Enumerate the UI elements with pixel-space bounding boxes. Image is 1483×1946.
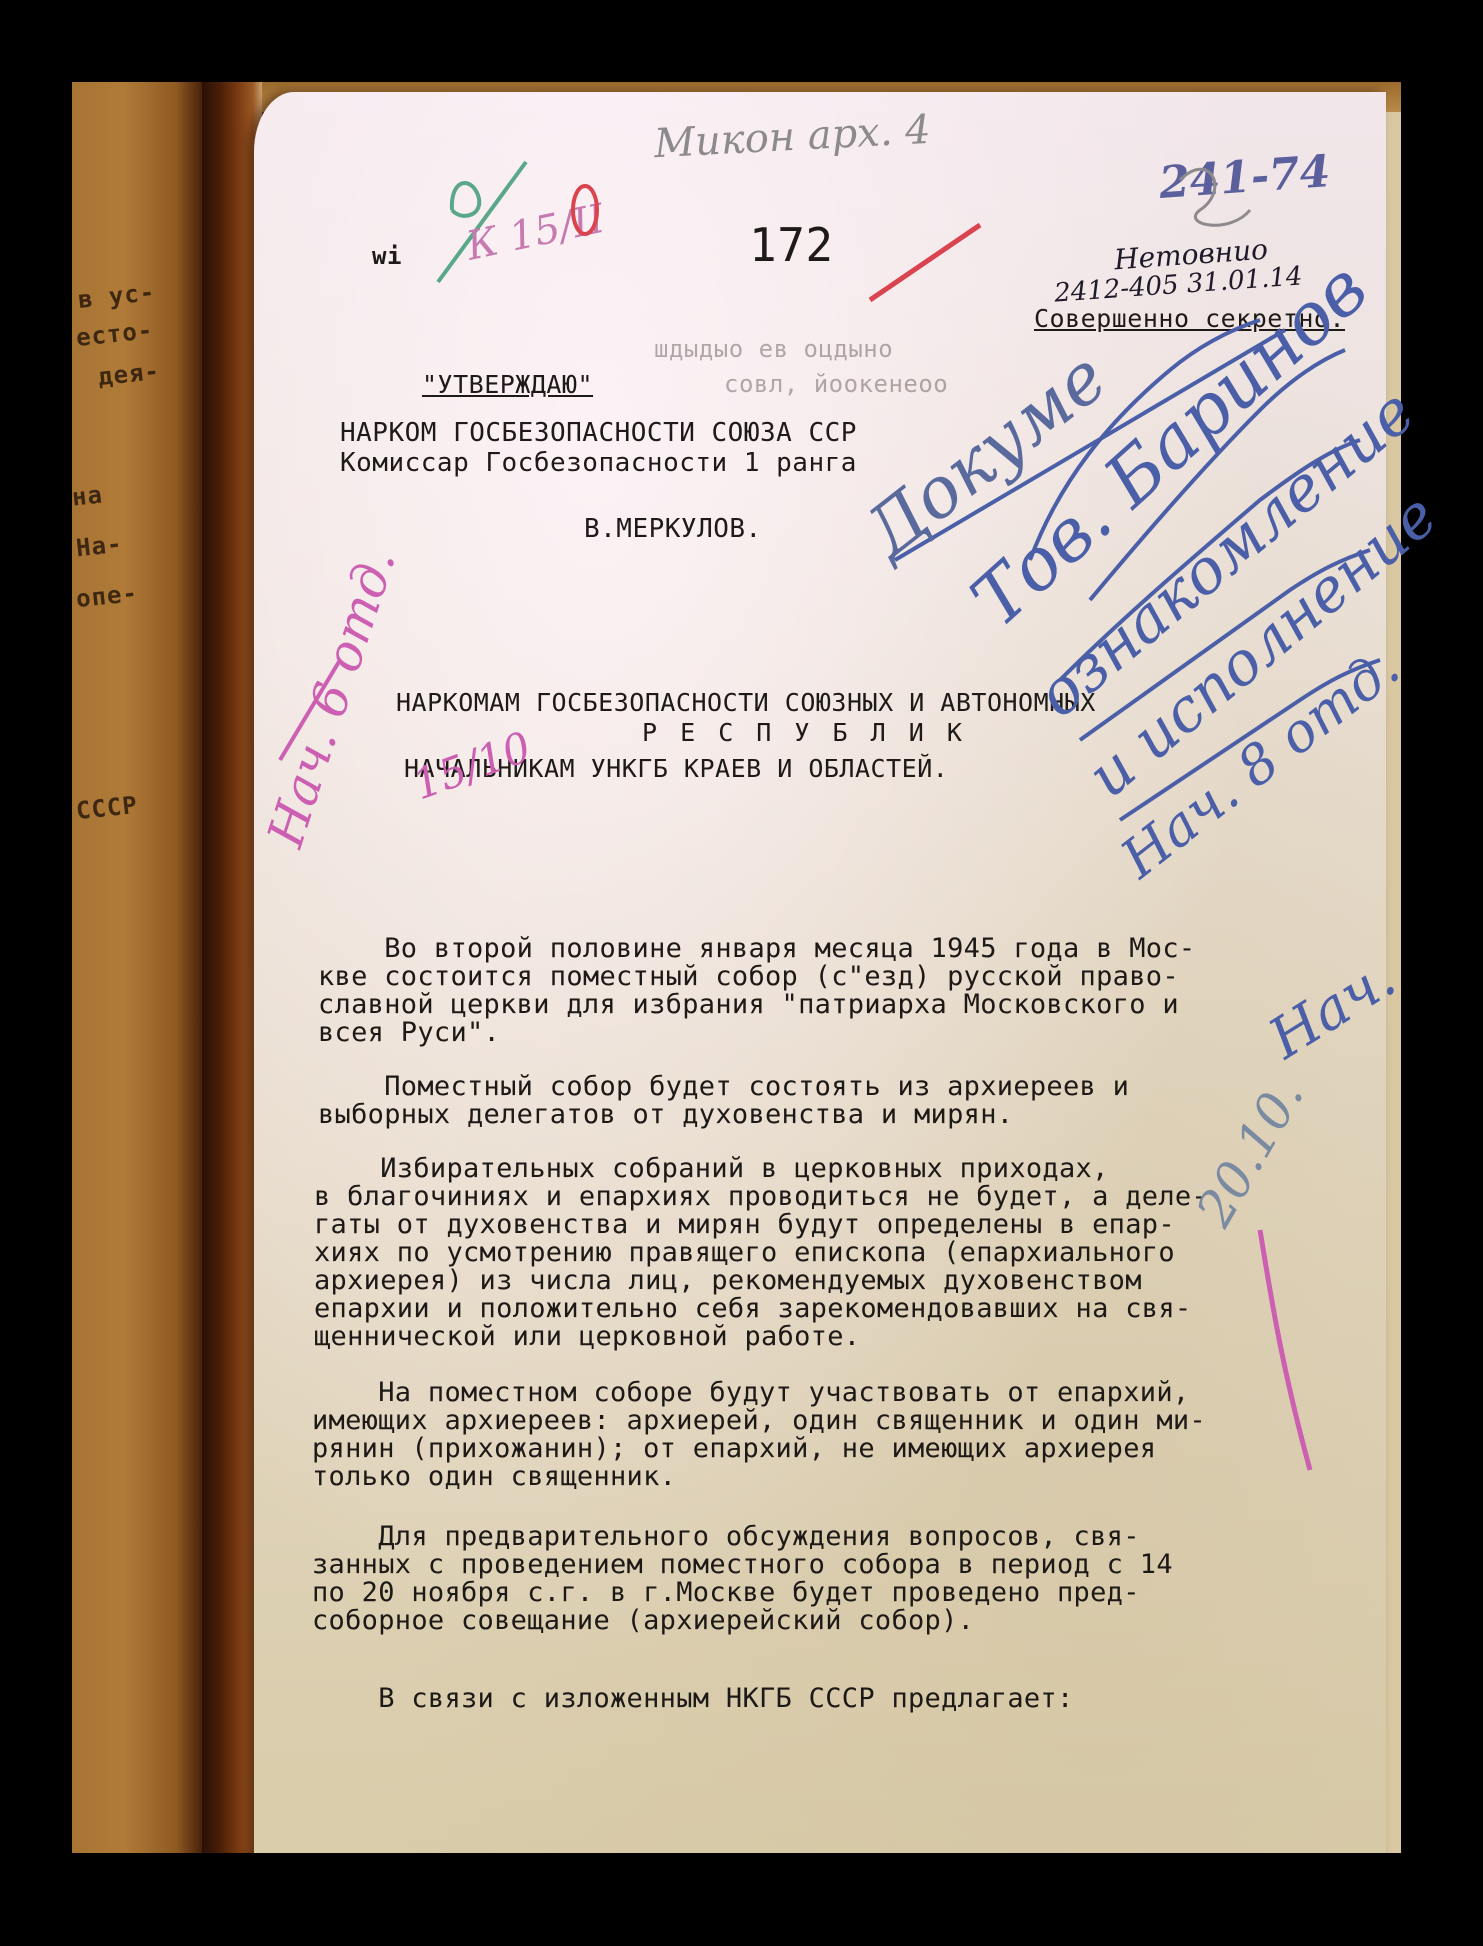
classification-label: Совершенно секретно. [1034,302,1345,336]
body-line: в благочиниях и епархиях проводиться не … [314,1182,1208,1212]
left-page-fragment: опе- [75,579,139,613]
body-line: хиях по усмотрению правящего епископа (е… [314,1238,1175,1268]
addressee-line3: НАЧАЛЬНИКАМ УНКГБ КРАЕВ И ОБЛАСТЕЙ. [404,754,948,784]
left-page-fragment: СССР [75,791,139,825]
body-line: имеющих архиереев: архиерей, один священ… [312,1406,1206,1436]
addressee-line1: НАРКОМАМ ГОСБЕЗОПАСНОСТИ СОЮЗНЫХ И АВТОН… [396,688,1096,718]
body-line: выборных делегатов от духовенства и миря… [318,1100,1013,1130]
body-line: щеннической или церковной работе. [314,1322,860,1352]
body-line: рянин (прихожанин); от епархий, не имеющ… [312,1434,1156,1464]
bleed-through-text: совл, йоокенеоо [724,367,948,401]
approval-stamp: "УТВЕРЖДАЮ" [422,368,593,402]
left-page-fragment: На- [75,530,124,563]
left-page-fragment: в ус- [77,278,157,314]
body-line: епархии и положительно себя зарекомендов… [314,1294,1191,1324]
archive-sheet-number: 241-74 [1157,146,1331,209]
archive-note: Микон арх. 4 [653,107,932,167]
body-line: гаты от духовенства и мирян будут опреде… [314,1210,1175,1240]
body-line: Поместный собор будет состоять из архиер… [318,1072,1129,1102]
signatory: В.МЕРКУЛОВ. [584,512,762,546]
adjacent-page: в ус- ecто- дея- на На- опе- СССР [72,82,202,1853]
bleed-through-text: шдыдыо ев оцдыно [654,332,893,366]
binding-spine [202,82,262,1853]
body-line: кве состоится поместный собор (с"езд) ру… [318,962,1179,992]
body-line: архиерея) из числа лиц, рекомендуемых ду… [314,1266,1142,1296]
body-line: Для предварительного обсуждения вопросов… [312,1522,1140,1552]
body-line: Избирательных собраний в церковных прихо… [314,1154,1109,1184]
body-line: Во второй половине января месяца 1945 го… [318,934,1195,964]
body-line: всея Руси". [318,1018,500,1048]
approval-title-line1: НАРКОМ ГОСБЕЗОПАСНОСТИ СОЮЗА ССР [340,418,857,448]
body-line: по 20 ноября с.г. в г.Москве будет прове… [312,1578,1140,1608]
body-line: На поместном соборе будут участвовать от… [312,1378,1189,1408]
body-line: славной церкви для избрания "патриарха М… [318,990,1179,1020]
left-page-fragment: дея- [97,357,161,391]
document-page: Микон арх. 4 241-74 wi 172 Нетовнио 2412… [254,92,1386,1853]
body-line: только один священник. [312,1462,676,1492]
body-line: занных с проведением поместного собора в… [312,1550,1173,1580]
body-line: соборное совещание (архиерейский собор). [312,1606,974,1636]
left-page-fragment: на [72,480,104,511]
left-page-fragment: ecто- [75,316,155,352]
addressee-line2: Р Е С П У Б Л И К [642,718,966,748]
approval-title-line2: Комиссар Госбезопасности 1 ранга [340,448,857,478]
page-number: 172 [749,220,834,270]
document-photo: в ус- ecто- дея- на На- опе- СССР Микон … [72,82,1401,1853]
body-line: В связи с изложенным НКГБ СССР предлагае… [312,1684,1074,1714]
archive-mark: wi [372,239,402,273]
